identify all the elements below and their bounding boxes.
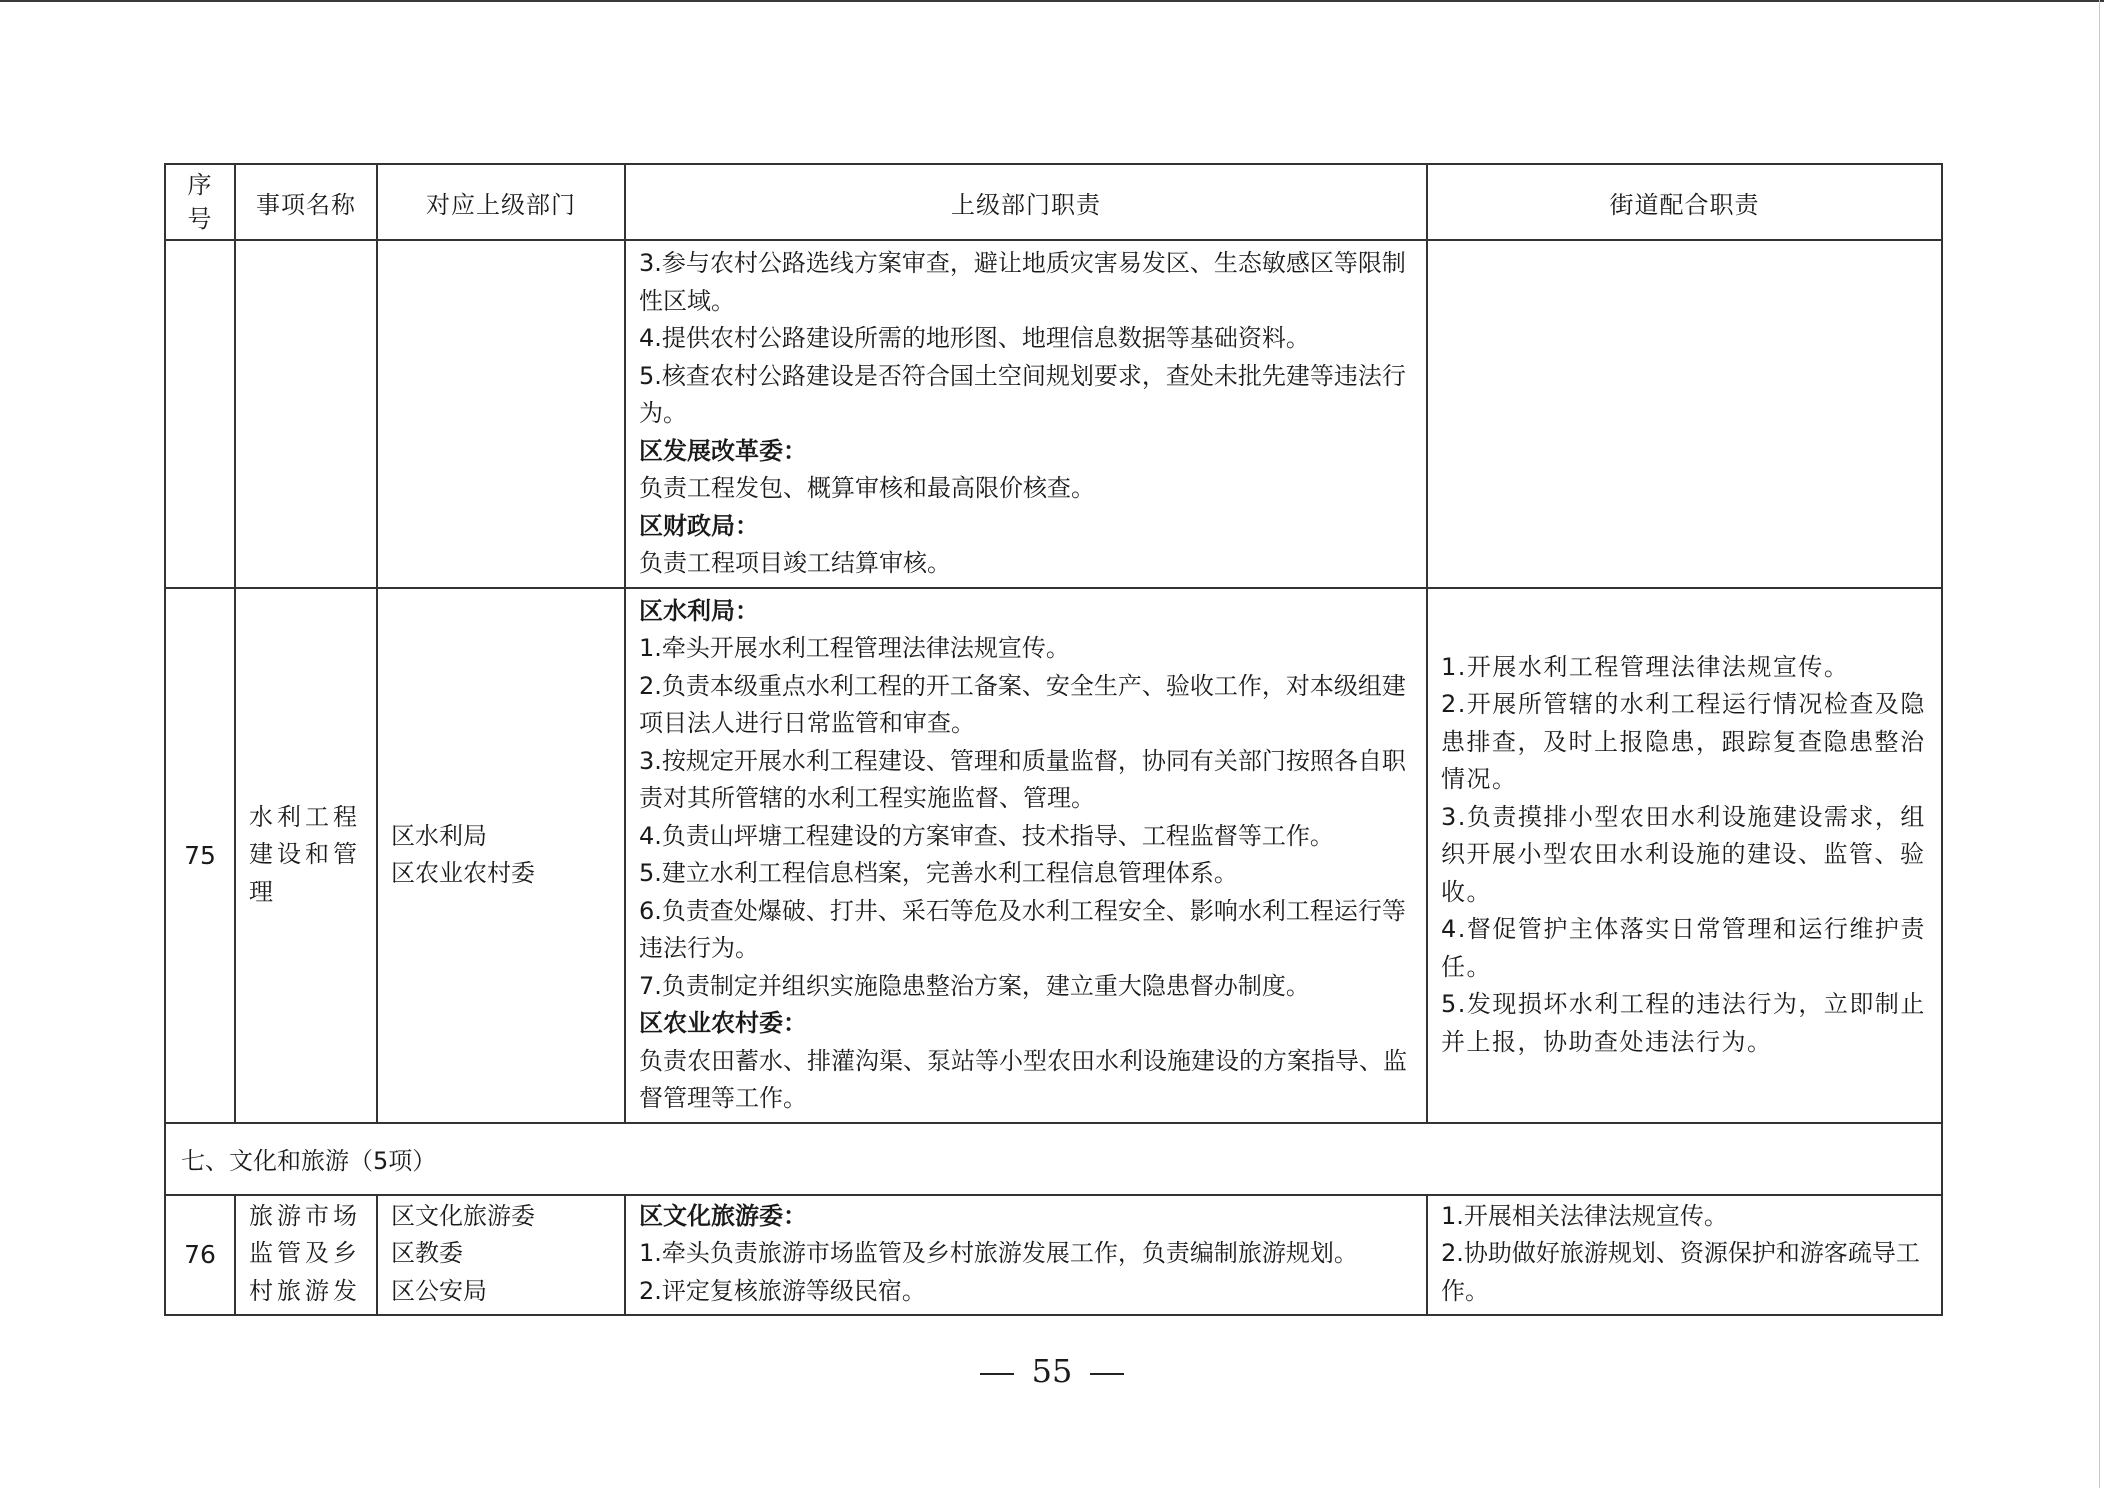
table-row-76: 76 旅游市场 监管及乡 村旅游发 区文化旅游委 区教委 区公安局 区文化旅游委… [165, 1195, 1942, 1316]
cell-upper-duties: 3.参与农村公路选线方案审查，避让地质灾害易发区、生态敏感区等限制性区域。4.提… [625, 240, 1427, 588]
cell-department: 区文化旅游委 区教委 区公安局 [377, 1195, 625, 1316]
duty-item: 负责工程发包、概算审核和最高限价核查。 [639, 470, 1416, 508]
table-row-continuation: 3.参与农村公路选线方案审查，避让地质灾害易发区、生态敏感区等限制性区域。4.提… [165, 240, 1942, 588]
department-heading: 区水利局： [639, 593, 1416, 631]
page-right-border [2099, 0, 2100, 1488]
item-name-line: 村旅游发 [249, 1273, 366, 1311]
table-row-75: 75 水利工程建设和管理 区水利局 区农业农村委 区水利局：1.牵头开展水利工程… [165, 588, 1942, 1123]
duty-item: 4.督促管护主体落实日常管理和运行维护责任。 [1441, 911, 1931, 986]
cell-upper-duties: 区文化旅游委：1.牵头负责旅游市场监管及乡村旅游发展工作，负责编制旅游规划。2.… [625, 1195, 1427, 1316]
cell-street-duties: 1.开展相关法律法规宣传。2.协助做好旅游规划、资源保护和游客疏导工作。 [1427, 1195, 1942, 1316]
duty-item: 负责农田蓄水、排灌沟渠、泵站等小型农田水利设施建设的方案指导、监督管理等工作。 [639, 1043, 1416, 1118]
cell-seq: 76 [165, 1195, 235, 1316]
duty-item: 3.按规定开展水利工程建设、管理和质量监督，协同有关部门按照各自职责对其所管辖的… [639, 743, 1416, 818]
cell-department [377, 240, 625, 588]
cell-department: 区水利局 区农业农村委 [377, 588, 625, 1123]
department: 区文化旅游委 [391, 1198, 614, 1236]
duty-item: 1.牵头开展水利工程管理法律法规宣传。 [639, 630, 1416, 668]
duty-item: 负责工程项目竣工结算审核。 [639, 545, 1416, 583]
section-row: 七、文化和旅游（5项） [165, 1123, 1942, 1195]
header-seq-line: 号 [166, 202, 234, 236]
page-number: 55 [1032, 1352, 1073, 1390]
department-heading: 区农业农村委： [639, 1005, 1416, 1043]
street-duties-list: 1.开展水利工程管理法律法规宣传。2.开展所管辖的水利工程运行情况检查及隐患排查… [1428, 589, 1941, 1062]
item-name-line: 监管及乡 [249, 1235, 366, 1273]
department-list: 区文化旅游委 区教委 区公安局 [378, 1196, 624, 1311]
department-heading: 区财政局： [639, 508, 1416, 546]
duty-item: 7.负责制定并组织实施隐患整治方案，建立重大隐患督办制度。 [639, 968, 1416, 1006]
cell-name: 旅游市场 监管及乡 村旅游发 [235, 1195, 377, 1316]
upper-duties-list: 区文化旅游委：1.牵头负责旅游市场监管及乡村旅游发展工作，负责编制旅游规划。2.… [626, 1196, 1426, 1315]
duty-item: 5.建立水利工程信息档案，完善水利工程信息管理体系。 [639, 855, 1416, 893]
duty-item: 2.评定复核旅游等级民宿。 [639, 1273, 1416, 1311]
duty-item: 1.牵头负责旅游市场监管及乡村旅游发展工作，负责编制旅游规划。 [639, 1235, 1416, 1273]
cell-upper-duties: 区水利局：1.牵头开展水利工程管理法律法规宣传。2.负责本级重点水利工程的开工备… [625, 588, 1427, 1123]
department-heading: 区发展改革委： [639, 433, 1416, 471]
dash-left [980, 1373, 1014, 1375]
upper-duties-list: 区水利局：1.牵头开展水利工程管理法律法规宣传。2.负责本级重点水利工程的开工备… [626, 589, 1426, 1122]
duty-item: 1.开展相关法律法规宣传。 [1441, 1198, 1931, 1236]
item-name: 水利工程建设和管理 [236, 799, 376, 912]
cell-name: 水利工程建设和管理 [235, 588, 377, 1123]
section-title: 七、文化和旅游（5项） [165, 1123, 1942, 1195]
cell-name [235, 240, 377, 588]
duty-item: 6.负责查处爆破、打井、采石等危及水利工程安全、影响水利工程运行等违法行为。 [639, 893, 1416, 968]
duty-item: 5.核查农村公路建设是否符合国土空间规划要求，查处未批先建等违法行为。 [639, 358, 1416, 433]
department: 区教委 [391, 1235, 614, 1273]
duty-item: 3.参与农村公路选线方案审查，避让地质灾害易发区、生态敏感区等限制性区域。 [639, 245, 1416, 320]
duty-item: 4.负责山坪塘工程建设的方案审查、技术指导、工程监督等工作。 [639, 818, 1416, 856]
department-list: 区水利局 区农业农村委 [378, 818, 624, 893]
header-upper-duties: 上级部门职责 [625, 164, 1427, 240]
duty-item: 3.负责摸排小型农田水利设施建设需求，组织开展小型农田水利设施的建设、监管、验收… [1441, 799, 1931, 912]
duty-item: 2.协助做好旅游规划、资源保护和游客疏导工作。 [1441, 1235, 1931, 1310]
upper-duties-list: 3.参与农村公路选线方案审查，避让地质灾害易发区、生态敏感区等限制性区域。4.提… [626, 241, 1426, 587]
header-item-name: 事项名称 [235, 164, 377, 240]
cell-seq [165, 240, 235, 588]
street-duties-list: 1.开展相关法律法规宣传。2.协助做好旅游规划、资源保护和游客疏导工作。 [1428, 1196, 1941, 1315]
header-street-duties: 街道配合职责 [1427, 164, 1942, 240]
duty-item: 2.开展所管辖的水利工程运行情况检查及隐患排查，及时上报隐患，跟踪复查隐患整治情… [1441, 686, 1931, 799]
table-header-row: 序 号 事项名称 对应上级部门 上级部门职责 街道配合职责 [165, 164, 1942, 240]
header-department: 对应上级部门 [377, 164, 625, 240]
duty-item: 1.开展水利工程管理法律法规宣传。 [1441, 649, 1931, 687]
header-seq: 序 号 [165, 164, 235, 240]
cell-street-duties: 1.开展水利工程管理法律法规宣传。2.开展所管辖的水利工程运行情况检查及隐患排查… [1427, 588, 1942, 1123]
cell-street-duties [1427, 240, 1942, 588]
duty-item: 5.发现损坏水利工程的违法行为，立即制止并上报，协助查处违法行为。 [1441, 986, 1931, 1061]
department: 区农业农村委 [391, 855, 614, 893]
cell-seq: 75 [165, 588, 235, 1123]
department: 区水利局 [391, 818, 614, 856]
item-name-line: 旅游市场 [249, 1198, 366, 1236]
header-seq-line: 序 [166, 168, 234, 202]
department: 区公安局 [391, 1273, 614, 1311]
duties-table: 序 号 事项名称 对应上级部门 上级部门职责 街道配合职责 3.参与农村公路选线… [164, 163, 1943, 1316]
item-name: 旅游市场 监管及乡 村旅游发 [236, 1196, 376, 1311]
duty-item: 2.负责本级重点水利工程的开工备案、安全生产、验收工作，对本级组建项目法人进行日… [639, 668, 1416, 743]
dash-right [1090, 1373, 1124, 1375]
department-heading: 区文化旅游委： [639, 1198, 1416, 1236]
page-top-border [0, 0, 2104, 2]
page-footer: 55 [0, 1352, 2104, 1390]
duty-item: 4.提供农村公路建设所需的地形图、地理信息数据等基础资料。 [639, 320, 1416, 358]
